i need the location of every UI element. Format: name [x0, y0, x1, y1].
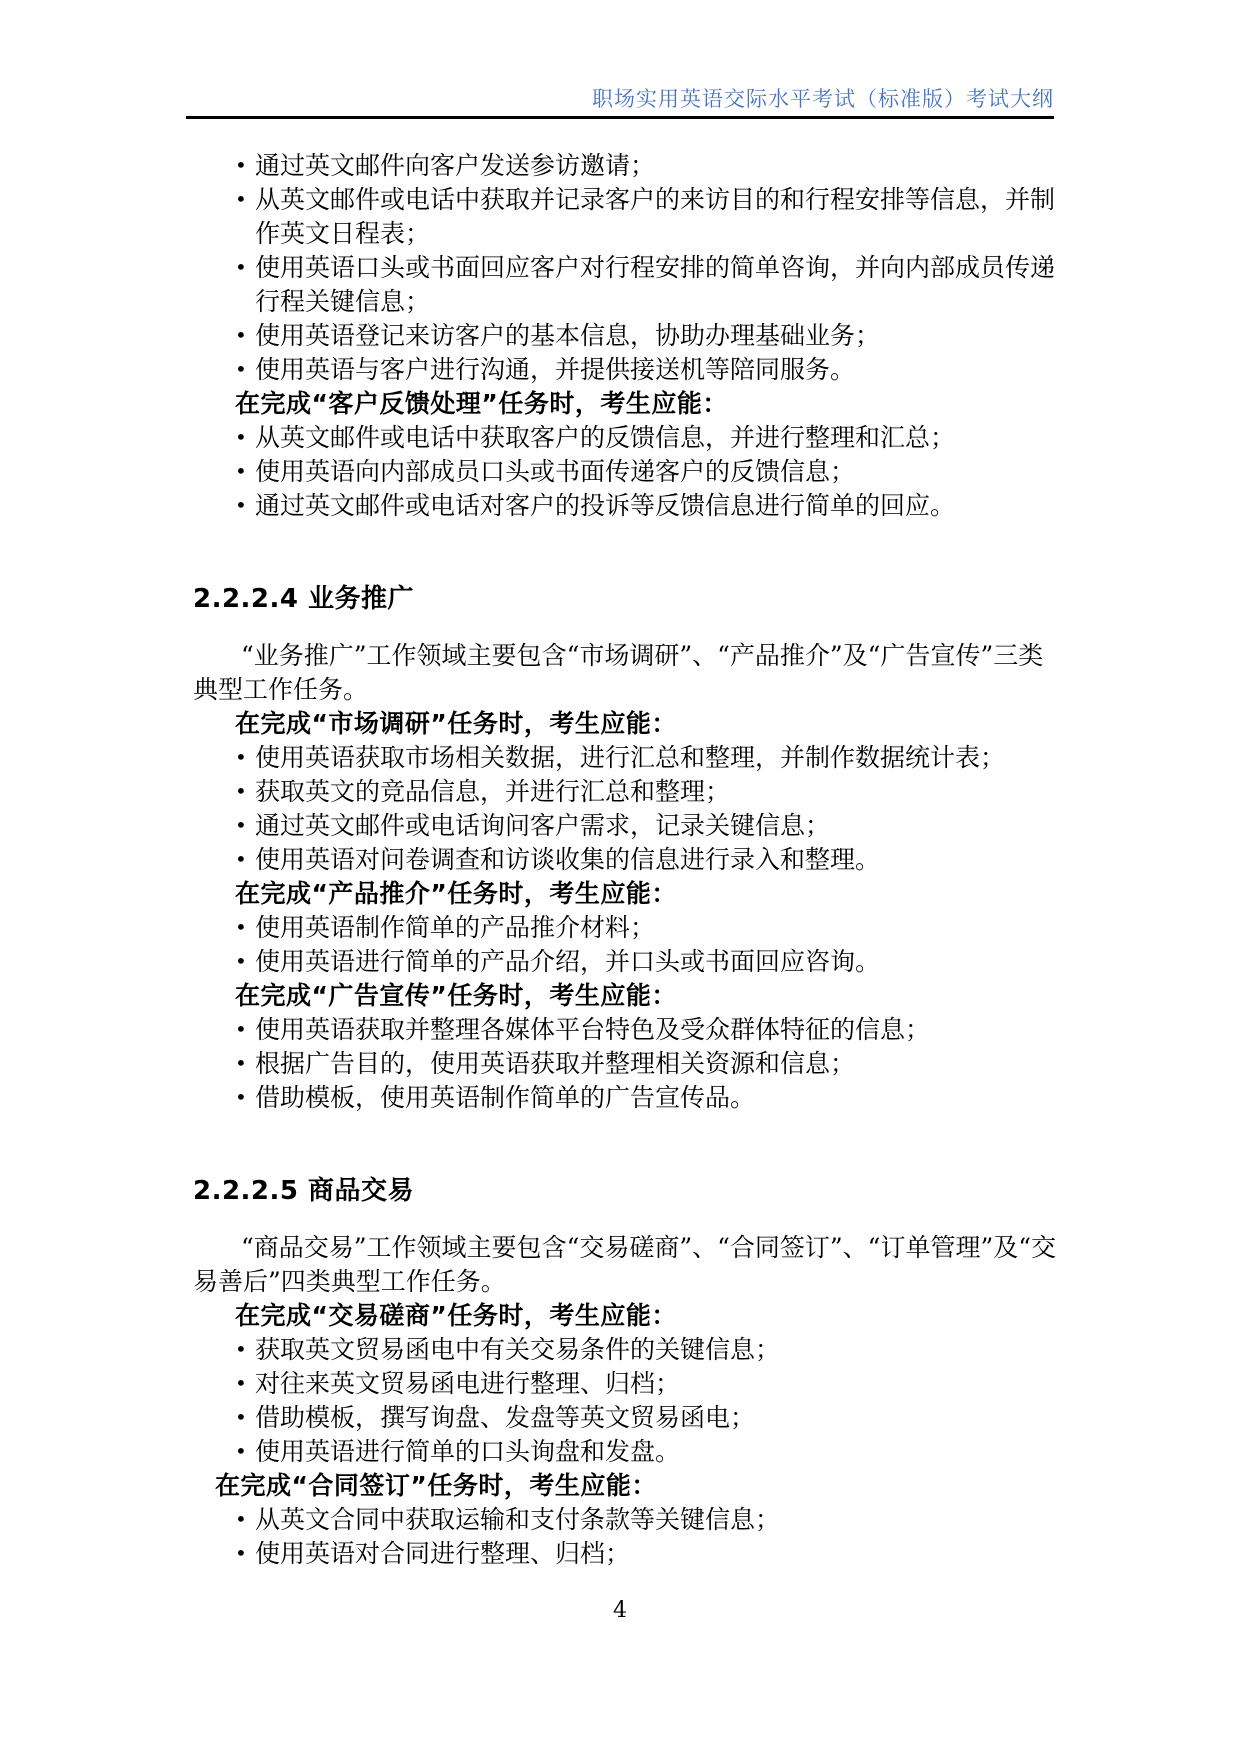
bullet-marker: • — [235, 774, 247, 808]
list-item-text: 从英文合同中获取运输和支付条款等关键信息； — [255, 1505, 780, 1534]
list-item: •使用英语进行简单的产品介绍，并口头或书面回应咨询。 — [193, 945, 1063, 979]
bullet-marker: • — [235, 1332, 247, 1366]
list-item-text: 使用英语制作简单的产品推介材料； — [255, 913, 655, 942]
bullet-marker: • — [235, 1012, 247, 1046]
list-item: •使用英语制作简单的产品推介材料； — [193, 911, 1063, 945]
list-item: •获取英文贸易函电中有关交易条件的关键信息； — [193, 1333, 1063, 1367]
list-item-text: 使用英语获取市场相关数据，进行汇总和整理，并制作数据统计表； — [255, 743, 1005, 772]
page-footer: 4 — [0, 1598, 1240, 1624]
bullet-marker: • — [235, 910, 247, 944]
list-item: •借助模板，使用英语制作简单的广告宣传品。 — [193, 1081, 1063, 1115]
header-title: 职场实用英语交际水平考试（标准版）考试大纲 — [592, 87, 1054, 111]
list-item-text: 使用英语与客户进行沟通，并提供接送机等陪同服务。 — [255, 355, 855, 384]
bullet-list: •获取英文贸易函电中有关交易条件的关键信息；•对往来英文贸易函电进行整理、归档；… — [193, 1333, 1063, 1469]
list-item: •使用英语进行简单的口头询盘和发盘。 — [193, 1435, 1063, 1469]
list-item: •使用英语对问卷调查和访谈收集的信息进行录入和整理。 — [193, 843, 1063, 877]
bullet-marker: • — [235, 182, 247, 216]
list-item-text: 通过英文邮件或电话对客户的投诉等反馈信息进行简单的回应。 — [255, 491, 955, 520]
bullet-marker: • — [235, 1366, 247, 1400]
bullet-marker: • — [235, 352, 247, 386]
list-item-text: 通过英文邮件或电话询问客户需求，记录关键信息； — [255, 811, 830, 840]
list-item-text: 使用英语对问卷调查和访谈收集的信息进行录入和整理。 — [255, 845, 880, 874]
list-item-text: 使用英语向内部成员口头或书面传递客户的反馈信息； — [255, 457, 855, 486]
list-item-text: 从英文邮件或电话中获取并记录客户的来访目的和行程安排等信息，并制作英文日程表； — [255, 185, 1055, 248]
list-item-text: 使用英语进行简单的口头询盘和发盘。 — [255, 1437, 680, 1466]
bullet-marker: • — [235, 148, 247, 182]
bullet-marker: • — [235, 1080, 247, 1114]
bullet-marker: • — [235, 1502, 247, 1536]
bullet-marker: • — [235, 1046, 247, 1080]
list-item: •使用英语登记来访客户的基本信息，协助办理基础业务； — [193, 319, 1063, 353]
list-item: •获取英文的竞品信息，并进行汇总和整理； — [193, 775, 1063, 809]
bullet-marker: • — [235, 1434, 247, 1468]
bullet-list: •使用英语制作简单的产品推介材料；•使用英语进行简单的产品介绍，并口头或书面回应… — [193, 911, 1063, 979]
bullet-marker: • — [235, 944, 247, 978]
list-item-text: 使用英语获取并整理各媒体平台特色及受众群体特征的信息； — [255, 1015, 930, 1044]
list-item-text: 使用英语对合同进行整理、归档； — [255, 1539, 630, 1568]
list-item-text: 从英文邮件或电话中获取客户的反馈信息，并进行整理和汇总； — [255, 423, 955, 452]
list-item: •使用英语向内部成员口头或书面传递客户的反馈信息； — [193, 455, 1063, 489]
paragraph: “商品交易”工作领域主要包含“交易磋商”、“合同签订”、“订单管理”及“交易善后… — [193, 1231, 1063, 1299]
list-item: •使用英语获取并整理各媒体平台特色及受众群体特征的信息； — [193, 1013, 1063, 1047]
list-item-text: 获取英文贸易函电中有关交易条件的关键信息； — [255, 1335, 780, 1364]
bullet-marker: • — [235, 808, 247, 842]
list-item: •使用英语对合同进行整理、归档； — [193, 1537, 1063, 1571]
list-item-text: 通过英文邮件向客户发送参访邀请； — [255, 151, 655, 180]
bullet-marker: • — [235, 740, 247, 774]
list-item: •通过英文邮件或电话对客户的投诉等反馈信息进行简单的回应。 — [193, 489, 1063, 523]
list-item: •使用英语与客户进行沟通，并提供接送机等陪同服务。 — [193, 353, 1063, 387]
list-item: •从英文邮件或电话中获取并记录客户的来访目的和行程安排等信息，并制作英文日程表； — [193, 183, 1063, 251]
bullet-marker: • — [235, 454, 247, 488]
list-item-text: 获取英文的竞品信息，并进行汇总和整理； — [255, 777, 730, 806]
list-item: •根据广告目的，使用英语获取并整理相关资源和信息； — [193, 1047, 1063, 1081]
task-subheading: 在完成“合同签订”任务时，考生应能： — [193, 1469, 1063, 1503]
header-rule — [186, 116, 1054, 119]
list-item-text: 使用英语进行简单的产品介绍，并口头或书面回应咨询。 — [255, 947, 880, 976]
bullet-marker: • — [235, 842, 247, 876]
list-item-text: 借助模板，撰写询盘、发盘等英文贸易函电； — [255, 1403, 755, 1432]
page-header: 职场实用英语交际水平考试（标准版）考试大纲 — [0, 0, 1240, 110]
bullet-list: •通过英文邮件向客户发送参访邀请；•从英文邮件或电话中获取并记录客户的来访目的和… — [193, 149, 1063, 387]
list-item-text: 对往来英文贸易函电进行整理、归档； — [255, 1369, 680, 1398]
bullet-list: •使用英语获取市场相关数据，进行汇总和整理，并制作数据统计表；•获取英文的竞品信… — [193, 741, 1063, 877]
bullet-marker: • — [235, 250, 247, 284]
list-item: •从英文邮件或电话中获取客户的反馈信息，并进行整理和汇总； — [193, 421, 1063, 455]
bullet-marker: • — [235, 420, 247, 454]
task-subheading: 在完成“市场调研”任务时，考生应能： — [193, 707, 1063, 741]
bullet-marker: • — [235, 1400, 247, 1434]
bullet-list: •使用英语获取并整理各媒体平台特色及受众群体特征的信息；•根据广告目的，使用英语… — [193, 1013, 1063, 1115]
page-number: 4 — [613, 1598, 627, 1623]
list-item: •从英文合同中获取运输和支付条款等关键信息； — [193, 1503, 1063, 1537]
list-item-text: 借助模板，使用英语制作简单的广告宣传品。 — [255, 1083, 755, 1112]
list-item: •通过英文邮件或电话询问客户需求，记录关键信息； — [193, 809, 1063, 843]
task-subheading: 在完成“产品推介”任务时，考生应能： — [193, 877, 1063, 911]
bullet-list: •从英文合同中获取运输和支付条款等关键信息；•使用英语对合同进行整理、归档； — [193, 1503, 1063, 1571]
document-page: 职场实用英语交际水平考试（标准版）考试大纲 •通过英文邮件向客户发送参访邀请；•… — [0, 0, 1240, 1753]
section-heading: 2.2.2.5 商品交易 — [193, 1171, 1063, 1211]
bullet-marker: • — [235, 488, 247, 522]
bullet-marker: • — [235, 1536, 247, 1570]
section-heading: 2.2.2.4 业务推广 — [193, 579, 1063, 619]
bullet-list: •从英文邮件或电话中获取客户的反馈信息，并进行整理和汇总；•使用英语向内部成员口… — [193, 421, 1063, 523]
list-item: •使用英语获取市场相关数据，进行汇总和整理，并制作数据统计表； — [193, 741, 1063, 775]
task-subheading: 在完成“交易磋商”任务时，考生应能： — [193, 1299, 1063, 1333]
list-item: •使用英语口头或书面回应客户对行程安排的简单咨询，并向内部成员传递行程关键信息； — [193, 251, 1063, 319]
list-item: •借助模板，撰写询盘、发盘等英文贸易函电； — [193, 1401, 1063, 1435]
paragraph: “业务推广”工作领域主要包含“市场调研”、“产品推介”及“广告宣传”三类典型工作… — [193, 639, 1063, 707]
list-item: •对往来英文贸易函电进行整理、归档； — [193, 1367, 1063, 1401]
list-item: •通过英文邮件向客户发送参访邀请； — [193, 149, 1063, 183]
task-subheading: 在完成“广告宣传”任务时，考生应能： — [193, 979, 1063, 1013]
task-subheading: 在完成“客户反馈处理”任务时，考生应能： — [193, 387, 1063, 421]
document-body: •通过英文邮件向客户发送参访邀请；•从英文邮件或电话中获取并记录客户的来访目的和… — [193, 149, 1063, 1571]
bullet-marker: • — [235, 318, 247, 352]
list-item-text: 根据广告目的，使用英语获取并整理相关资源和信息； — [255, 1049, 855, 1078]
list-item-text: 使用英语口头或书面回应客户对行程安排的简单咨询，并向内部成员传递行程关键信息； — [255, 253, 1055, 316]
list-item-text: 使用英语登记来访客户的基本信息，协助办理基础业务； — [255, 321, 880, 350]
